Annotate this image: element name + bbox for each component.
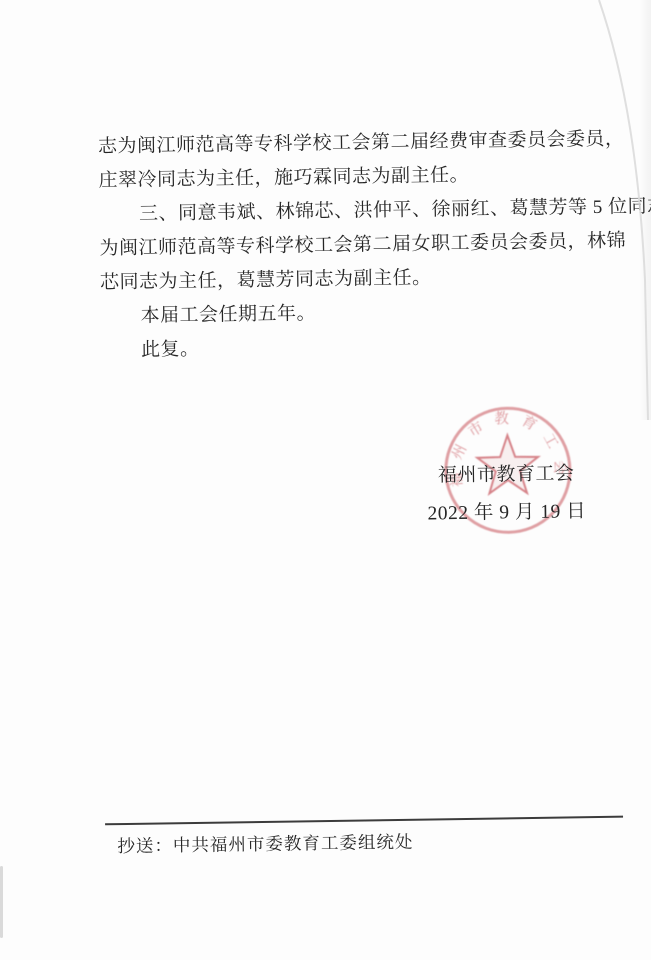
footer-separator-line [105, 816, 623, 826]
document-content: 志为闽江师范高等专科学校工会第二届经费审查委员会委员， 庄翠冷同志为主任，施巧霖… [0, 0, 651, 960]
signature-date: 2022 年 9 月 19 日 [427, 495, 586, 525]
scan-artifact-sliver [0, 866, 3, 938]
copy-to-line: 抄送：中共福州市委教育工委组统处 [117, 829, 413, 858]
scan-edge-shadow [639, 0, 651, 420]
signature-organization: 福州市教育工会 [438, 458, 575, 487]
scanned-document-page: 志为闽江师范高等专科学校工会第二届经费审查委员会委员， 庄翠冷同志为主任，施巧霖… [0, 0, 651, 960]
document-body: 志为闽江师范高等专科学校工会第二届经费审查委员会委员， 庄翠冷同志为主任，施巧霖… [98, 123, 626, 369]
body-line: 此复。 [101, 327, 626, 369]
